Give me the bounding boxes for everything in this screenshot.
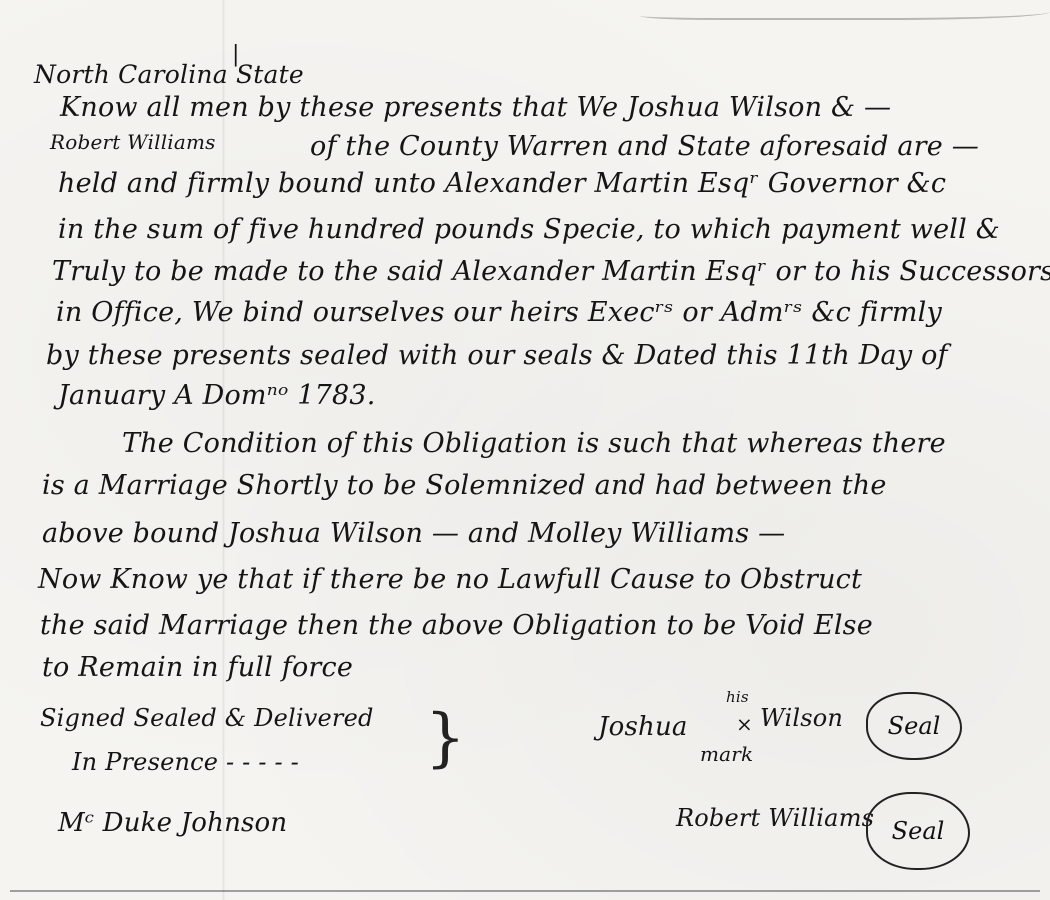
margin-name: Robert Williams (50, 130, 216, 154)
signature-1-last: Wilson (760, 704, 843, 732)
signature-1-mark-below: mark (700, 742, 753, 766)
attestation-line-2: In Presence - - - - - (72, 748, 299, 776)
body-line-3: held and firmly bound unto Alexander Mar… (58, 168, 946, 199)
body-line-1: Know all men by these presents that We J… (60, 92, 891, 123)
page-bottom-edge (10, 890, 1040, 892)
body-line-4: in the sum of five hundred pounds Specie… (58, 214, 1000, 245)
condition-line-3: above bound Joshua Wilson — and Molley W… (42, 518, 785, 549)
condition-line-5: the said Marriage then the above Obligat… (40, 610, 873, 641)
condition-line-6: to Remain in full force (42, 652, 353, 683)
body-line-7: by these presents sealed with our seals … (46, 340, 948, 371)
signature-1-first: Joshua (598, 712, 688, 742)
torn-edge (640, 0, 1050, 20)
seal-1: Seal (866, 692, 962, 760)
condition-line-4: Now Know ye that if there be no Lawfull … (38, 564, 862, 595)
body-line-8: January A Domⁿᵒ 1783. (58, 380, 376, 411)
condition-line-2: is a Marriage Shortly to be Solemnized a… (42, 470, 887, 501)
body-line-2: of the County Warren and State aforesaid… (310, 131, 979, 162)
signature-1-mark-above: his (726, 688, 749, 706)
condition-line-1: The Condition of this Obligation is such… (122, 428, 946, 459)
body-line-6: in Office, We bind ourselves our heirs E… (56, 297, 942, 328)
document-page: | North Carolina State Know all men by t… (0, 0, 1050, 900)
signature-1-mark-symbol: × (736, 712, 753, 736)
attestation-brace: } (425, 706, 466, 770)
attestation-line-1: Signed Sealed & Delivered (40, 704, 374, 732)
document-heading: North Carolina State (34, 60, 304, 89)
witness-signature: Mᶜ Duke Johnson (58, 808, 287, 838)
seal-2: Seal (866, 792, 970, 870)
body-line-5: Truly to be made to the said Alexander M… (52, 256, 1050, 287)
signature-2: Robert Williams (676, 804, 874, 832)
